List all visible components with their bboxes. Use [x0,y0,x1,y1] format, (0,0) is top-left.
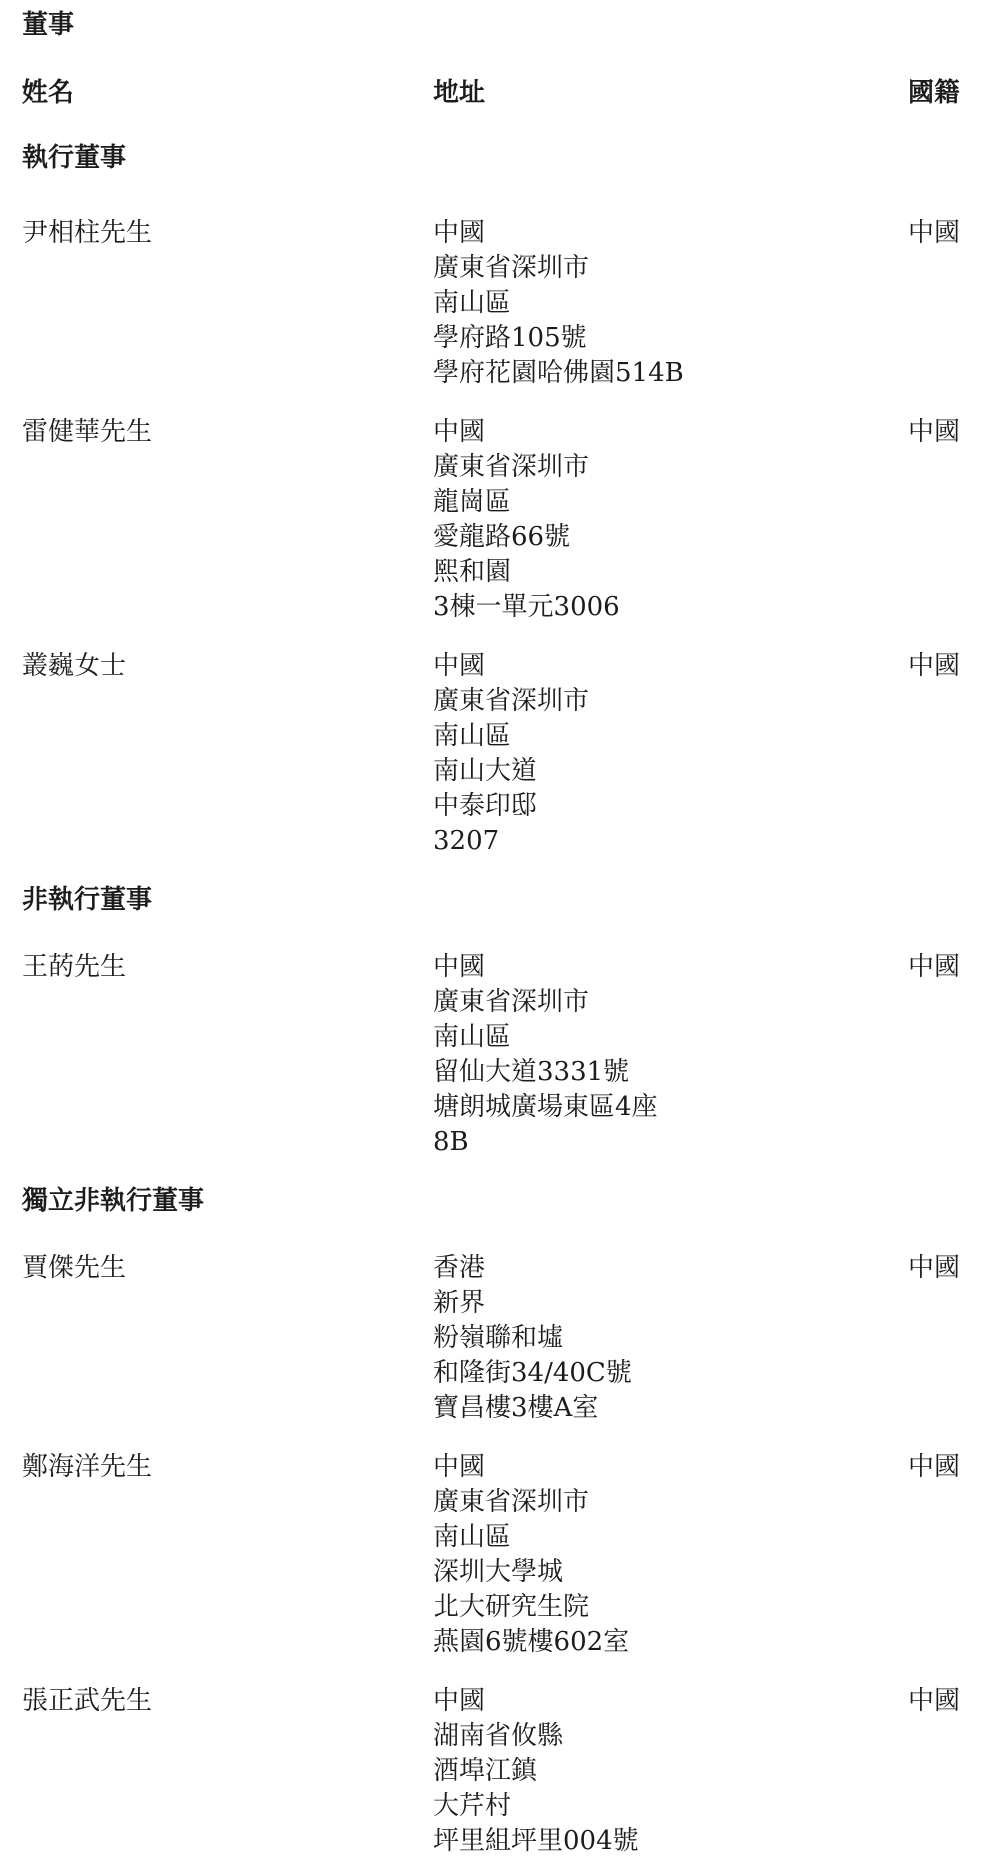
address-line: 8B [433,1125,908,1160]
address-line: 粉嶺聯和墟 [433,1321,908,1356]
address-line: 學府路105號 [433,321,908,356]
director-address: 中國廣東省深圳市南山區南山大道中泰印邸3207 [433,649,908,859]
section-heading: 執行董事 [22,141,988,176]
address-line: 北大研究生院 [433,1590,908,1625]
address-line: 中國 [433,1450,908,1485]
director-row: 王菂先生 中國廣東省深圳市南山區留仙大道3331號塘朗城廣場東區4座8B 中國 [22,950,988,1160]
director-address: 中國廣東省深圳市龍崗區愛龍路66號熙和園3棟一單元3006 [433,415,908,625]
address-line: 中國 [433,415,908,450]
address-line: 熙和園 [433,555,908,590]
section-rows: 賈傑先生 香港新界粉嶺聯和墟和隆街34/40C號寶昌樓3樓A室 中國 鄭海洋先生… [22,1251,988,1859]
director-section: 執行董事 尹相柱先生 中國廣東省深圳市南山區學府路105號學府花園哈佛園514B… [22,141,988,859]
address-line: 新界 [433,1286,908,1321]
director-nationality: 中國 [908,216,988,251]
director-address: 中國廣東省深圳市南山區留仙大道3331號塘朗城廣場東區4座8B [433,950,908,1160]
address-line: 3207 [433,824,908,859]
section-heading: 非執行董事 [22,883,988,918]
address-line: 南山區 [433,719,908,754]
address-line: 南山區 [433,1020,908,1055]
address-line: 南山區 [433,286,908,321]
address-line: 中國 [433,649,908,684]
address-line: 南山區 [433,1520,908,1555]
director-name: 賈傑先生 [22,1251,433,1286]
address-line: 中泰印邸 [433,789,908,824]
address-line: 湖南省攸縣 [433,1719,908,1754]
section-heading: 獨立非執行董事 [22,1184,988,1219]
address-line: 深圳大學城 [433,1555,908,1590]
address-line: 坪里組坪里004號 [433,1824,908,1859]
director-row: 張正武先生 中國湖南省攸縣酒埠江鎮大芹村坪里組坪里004號 中國 [22,1684,988,1859]
section-rows: 尹相柱先生 中國廣東省深圳市南山區學府路105號學府花園哈佛園514B 中國 雷… [22,216,988,859]
address-line: 大芹村 [433,1789,908,1824]
director-name: 雷健華先生 [22,415,433,450]
director-address: 中國廣東省深圳市南山區深圳大學城北大研究生院燕園6號樓602室 [433,1450,908,1660]
director-nationality: 中國 [908,1450,988,1485]
director-row: 賈傑先生 香港新界粉嶺聯和墟和隆街34/40C號寶昌樓3樓A室 中國 [22,1251,988,1426]
director-address: 香港新界粉嶺聯和墟和隆街34/40C號寶昌樓3樓A室 [433,1251,908,1426]
director-section: 非執行董事 王菂先生 中國廣東省深圳市南山區留仙大道3331號塘朗城廣場東區4座… [22,883,988,1160]
director-name: 叢巍女士 [22,649,433,684]
column-header-name: 姓名 [22,76,433,111]
address-line: 學府花園哈佛園514B [433,356,908,391]
document-page: 董事 姓名 地址 國籍 執行董事 尹相柱先生 中國廣東省深圳市南山區學府路105… [0,0,998,1859]
document-title: 董事 [22,8,988,43]
director-nationality: 中國 [908,1251,988,1286]
director-name: 張正武先生 [22,1684,433,1719]
director-name: 尹相柱先生 [22,216,433,251]
column-header-nationality: 國籍 [908,76,988,111]
address-line: 廣東省深圳市 [433,985,908,1020]
address-line: 中國 [433,950,908,985]
address-line: 香港 [433,1251,908,1286]
director-section: 獨立非執行董事 賈傑先生 香港新界粉嶺聯和墟和隆街34/40C號寶昌樓3樓A室 … [22,1184,988,1859]
director-row: 雷健華先生 中國廣東省深圳市龍崗區愛龍路66號熙和園3棟一單元3006 中國 [22,415,988,625]
address-line: 中國 [433,216,908,251]
director-address: 中國廣東省深圳市南山區學府路105號學府花園哈佛園514B [433,216,908,391]
address-line: 中國 [433,1684,908,1719]
section-rows: 王菂先生 中國廣東省深圳市南山區留仙大道3331號塘朗城廣場東區4座8B 中國 [22,950,988,1160]
address-line: 廣東省深圳市 [433,251,908,286]
director-row: 叢巍女士 中國廣東省深圳市南山區南山大道中泰印邸3207 中國 [22,649,988,859]
address-line: 南山大道 [433,754,908,789]
director-nationality: 中國 [908,1684,988,1719]
address-line: 龍崗區 [433,485,908,520]
address-line: 3棟一單元3006 [433,590,908,625]
address-line: 廣東省深圳市 [433,1485,908,1520]
director-nationality: 中國 [908,415,988,450]
column-headers: 姓名 地址 國籍 [22,76,988,111]
director-name: 王菂先生 [22,950,433,985]
address-line: 寶昌樓3樓A室 [433,1391,908,1426]
column-header-address: 地址 [433,76,908,111]
director-name: 鄭海洋先生 [22,1450,433,1485]
director-nationality: 中國 [908,950,988,985]
address-line: 愛龍路66號 [433,520,908,555]
director-address: 中國湖南省攸縣酒埠江鎮大芹村坪里組坪里004號 [433,1684,908,1859]
address-line: 塘朗城廣場東區4座 [433,1090,908,1125]
address-line: 和隆街34/40C號 [433,1356,908,1391]
address-line: 留仙大道3331號 [433,1055,908,1090]
directors-list: 執行董事 尹相柱先生 中國廣東省深圳市南山區學府路105號學府花園哈佛園514B… [22,141,988,1859]
director-row: 鄭海洋先生 中國廣東省深圳市南山區深圳大學城北大研究生院燕園6號樓602室 中國 [22,1450,988,1660]
address-line: 廣東省深圳市 [433,450,908,485]
director-row: 尹相柱先生 中國廣東省深圳市南山區學府路105號學府花園哈佛園514B 中國 [22,216,988,391]
address-line: 燕園6號樓602室 [433,1625,908,1660]
address-line: 酒埠江鎮 [433,1754,908,1789]
director-nationality: 中國 [908,649,988,684]
address-line: 廣東省深圳市 [433,684,908,719]
